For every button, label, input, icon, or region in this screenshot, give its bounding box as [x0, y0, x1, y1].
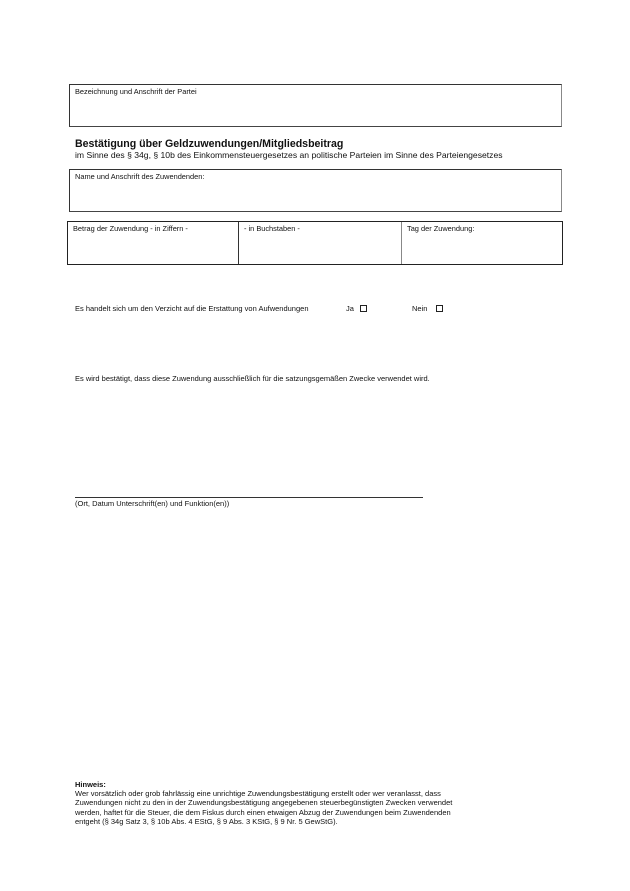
waiver-yes-option[interactable]: Ja [346, 304, 367, 313]
legal-notice-line: Wer vorsätzlich oder grob fahrlässig ein… [75, 789, 452, 798]
donation-date-field[interactable]: Tag der Zuwendung: [401, 222, 562, 264]
waiver-text: Es handelt sich um den Verzicht auf die … [75, 304, 309, 313]
legal-notice: Hinweis: Wer vorsätzlich oder grob fahrl… [75, 780, 452, 826]
legal-notice-title: Hinweis: [75, 780, 452, 789]
waiver-yes-checkbox[interactable] [360, 305, 367, 312]
amount-words-field[interactable]: - in Buchstaben - [238, 222, 401, 264]
donor-name-address-label: Name und Anschrift des Zuwendenden: [75, 172, 204, 181]
legal-notice-line: werden, haftet für die Steuer, die dem F… [75, 808, 452, 817]
legal-notice-line: entgeht (§ 34g Satz 3, § 10b Abs. 4 EStG… [75, 817, 452, 826]
amount-words-label: - in Buchstaben - [244, 224, 396, 233]
donation-date-label: Tag der Zuwendung: [407, 224, 557, 233]
document-subtitle: im Sinne des § 34g, § 10b des Einkommens… [75, 150, 503, 160]
signature-line[interactable] [75, 497, 423, 498]
document-title: Bestätigung über Geldzuwendungen/Mitglie… [75, 138, 343, 150]
waiver-row: Es handelt sich um den Verzicht auf die … [75, 304, 309, 313]
signature-caption: (Ort, Datum Unterschrift(en) und Funktio… [75, 499, 229, 508]
donation-amount-table: Betrag der Zuwendung - in Ziffern - - in… [67, 221, 563, 265]
waiver-no-checkbox[interactable] [436, 305, 443, 312]
waiver-no-label: Nein [412, 304, 427, 313]
amount-digits-field[interactable]: Betrag der Zuwendung - in Ziffern - [68, 222, 238, 264]
donor-name-address-field[interactable]: Name und Anschrift des Zuwendenden: [69, 169, 562, 212]
party-name-address-label: Bezeichnung und Anschrift der Partei [75, 87, 197, 96]
waiver-no-option[interactable]: Nein [412, 304, 443, 313]
confirmation-text: Es wird bestätigt, dass diese Zuwendung … [75, 374, 430, 383]
waiver-yes-label: Ja [346, 304, 354, 313]
amount-digits-label: Betrag der Zuwendung - in Ziffern - [73, 224, 233, 233]
party-name-address-field[interactable]: Bezeichnung und Anschrift der Partei [69, 84, 562, 127]
legal-notice-line: Zuwendungen nicht zu den in der Zuwendun… [75, 798, 452, 807]
